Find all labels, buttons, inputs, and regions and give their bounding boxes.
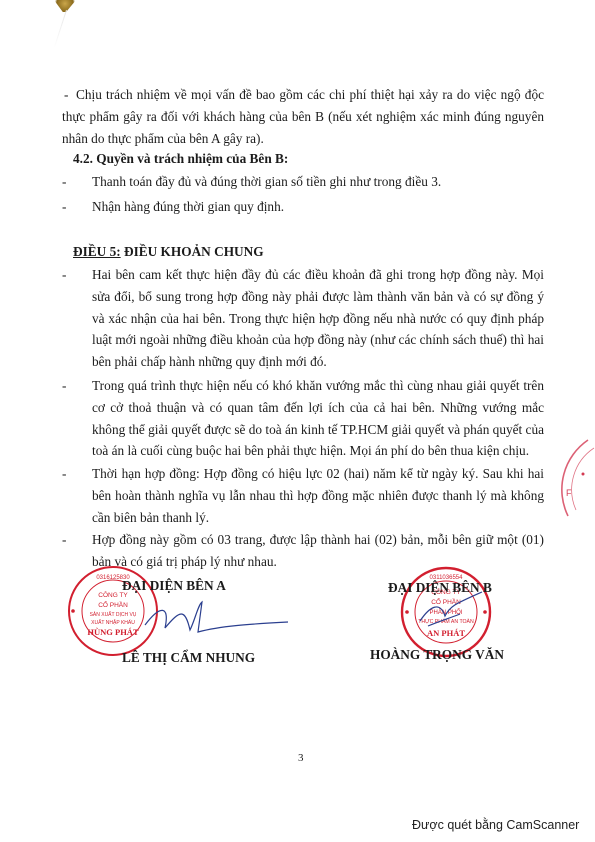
article-5-bullet: Thời hạn hợp đồng: Hợp đồng có hiệu lực … xyxy=(92,463,544,528)
svg-text:XUẤT NHẬP KHẨU: XUẤT NHẬP KHẨU xyxy=(91,619,135,626)
page-number: 3 xyxy=(298,752,304,764)
section-4-2-bullet: Thanh toán đầy đủ và đúng thời gian số t… xyxy=(92,171,544,193)
article-5-title: ĐIỀU KHOẢN CHUNG xyxy=(121,244,264,259)
bullet-dash: - xyxy=(62,463,66,485)
document-page: - Chịu trách nhiệm về mọi vấn đề bao gồm… xyxy=(0,0,595,842)
svg-text:HÙNG PHÁT: HÙNG PHÁT xyxy=(87,627,139,637)
bullet-dash: - xyxy=(62,375,66,397)
svg-text:SẢN XUẤT DỊCH VỤ: SẢN XUẤT DỊCH VỤ xyxy=(90,611,137,618)
article-5-label: ĐIỀU 5: xyxy=(73,244,121,259)
fold-line xyxy=(54,10,67,48)
bullet-dash: - xyxy=(62,196,66,218)
party-b-title: ĐẠI DIỆN BÊN B xyxy=(388,580,492,596)
article-5-heading: ĐIỀU 5: ĐIỀU KHOẢN CHUNG xyxy=(73,244,264,260)
bullet-dash: - xyxy=(62,264,66,286)
intro-bullet-text: Chịu trách nhiệm về mọi vấn đề bao gồm c… xyxy=(62,84,544,149)
section-4-2-bullet: Nhận hàng đúng thời gian quy định. xyxy=(92,196,544,218)
bullet-dash: - xyxy=(62,529,66,551)
partial-stamp-icon: F xyxy=(548,438,595,518)
article-5-bullet: Hai bên cam kết thực hiện đầy đủ các điề… xyxy=(92,264,544,373)
svg-text:F: F xyxy=(566,488,572,498)
svg-text:CỔ PHẦN: CỔ PHẦN xyxy=(98,599,128,609)
party-a-name: LÊ THỊ CẨM NHUNG xyxy=(122,650,255,666)
party-a-title: ĐẠI DIỆN BÊN A xyxy=(122,578,226,594)
party-b-name: HOÀNG TRỌNG VĂN xyxy=(370,647,504,663)
svg-text:AN PHÁT: AN PHÁT xyxy=(427,628,465,638)
section-4-2-title: 4.2. Quyền và trách nhiệm của Bên B: xyxy=(73,151,288,167)
bullet-dash: - xyxy=(62,171,66,193)
camscanner-watermark: Được quét bằng CamScanner xyxy=(412,818,579,832)
signature-a-icon xyxy=(140,600,290,640)
article-5-bullet: Trong quá trình thực hiện nếu có khó khă… xyxy=(92,375,544,462)
